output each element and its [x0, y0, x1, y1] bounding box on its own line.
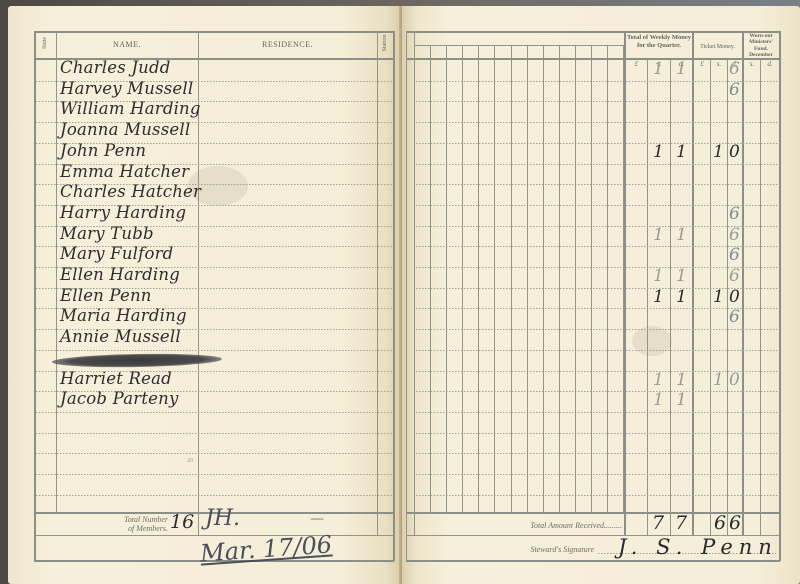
row-rule [416, 205, 778, 206]
residence-column-header: RESIDENCE. [198, 40, 377, 49]
member-name: John Penn [60, 141, 146, 160]
row-rule [416, 164, 778, 165]
ticket-pence: 0 [729, 287, 740, 307]
member-name: Maria Harding [60, 306, 187, 325]
member-name: Mary Tubb [60, 224, 154, 243]
ticket-pence: 6 [729, 266, 740, 286]
row-rule [416, 474, 778, 475]
weekly-pence: 1 [676, 390, 687, 410]
weekly-pence: 1 [676, 370, 687, 390]
row-rule [36, 495, 393, 496]
row-number-marker: 20 [187, 458, 193, 464]
ticket-pence: 6 [729, 225, 740, 245]
ticket-shillings: 1 [713, 287, 724, 307]
row-rule [36, 453, 393, 454]
grid-column-rule [607, 46, 608, 512]
steward-signature: J. S. Penn [618, 535, 778, 559]
weekly-shillings: 1 [653, 287, 664, 307]
member-name: Jacob Parteny [60, 389, 178, 408]
total-members-value: 16 [170, 511, 194, 533]
row-rule [36, 474, 393, 475]
ticket-shillings: 1 [713, 370, 724, 390]
unit-pence-fund: d. [761, 60, 779, 68]
grid-column-rule [575, 46, 576, 512]
row-rule [416, 267, 778, 268]
ticket-pence: 6 [729, 59, 740, 79]
weekly-shillings: 1 [653, 142, 664, 162]
ticket-pence: 6 [729, 307, 740, 327]
grid-column-rule [478, 46, 479, 512]
ticket-pence: 0 [729, 370, 740, 390]
ticket-shillings: 1 [713, 142, 724, 162]
ticket-pence: 6 [729, 80, 740, 100]
grid-column-rule [623, 46, 624, 512]
ticket-money-header: Ticket Money. [693, 44, 742, 52]
weekly-shillings: 1 [653, 390, 664, 410]
member-name: Charles Judd [60, 58, 171, 77]
weekly-pence: 1 [676, 59, 687, 79]
state-column-header: State [42, 28, 48, 58]
grid-column-rule [527, 46, 528, 512]
grid-column-rule [462, 46, 463, 512]
total-ticket-shillings: 6 [714, 512, 726, 534]
weekly-pence: 1 [676, 266, 687, 286]
row-rule [416, 391, 778, 392]
unit-pound-weekly: £ [626, 60, 647, 68]
station-column-header: Station [382, 28, 388, 58]
member-name: Ellen Penn [60, 286, 152, 305]
member-name: Annie Mussell [60, 327, 181, 346]
member-name: Joanna Mussell [60, 120, 190, 139]
row-rule [36, 350, 393, 351]
ticket-pence: 6 [729, 204, 740, 224]
grid-column-rule [511, 46, 512, 512]
row-rule [36, 433, 393, 434]
grid-column-rule [430, 46, 431, 512]
member-name: Charles Hatcher [60, 182, 201, 201]
member-name: Emma Hatcher [60, 162, 189, 181]
total-amount-label: Total Amount Received......... [470, 521, 622, 530]
weekly-shillings: 1 [653, 370, 664, 390]
row-rule [416, 412, 778, 413]
row-rule [416, 350, 778, 351]
name-column-header: NAME. [56, 40, 198, 49]
total-weekly-pence: 7 [675, 512, 687, 534]
row-rule [36, 412, 393, 413]
weekly-pence: 1 [676, 142, 687, 162]
grid-column-rule [494, 46, 495, 512]
member-name: Harriet Read [60, 369, 172, 388]
ticket-pence: 6 [729, 245, 740, 265]
footer-dash: — [310, 511, 324, 527]
steward-signature-label: Steward's Signature [490, 545, 594, 554]
ticket-pence: 0 [729, 142, 740, 162]
weekly-pence: 1 [676, 225, 687, 245]
row-rule [416, 122, 778, 123]
weekly-pence: 1 [676, 287, 687, 307]
row-rule [416, 329, 778, 330]
row-rule [416, 246, 778, 247]
grid-column-rule [591, 46, 592, 512]
row-rule [416, 81, 778, 82]
row-rule [416, 495, 778, 496]
weekly-shillings: 1 [653, 59, 664, 79]
grid-column-rule [559, 46, 560, 512]
total-members-label-line2: of Members. [128, 524, 168, 533]
row-rule [416, 433, 778, 434]
grid-column-rule [446, 46, 447, 512]
total-members-label-line1: Total Number [124, 515, 168, 524]
leader-initials: JH. [205, 506, 240, 531]
member-name: Harry Harding [60, 203, 186, 222]
row-rule [416, 453, 778, 454]
weekly-shillings: 1 [653, 225, 664, 245]
row-rule [416, 226, 778, 227]
member-name: William Harding [60, 99, 201, 118]
row-rule [416, 101, 778, 102]
row-rule [416, 184, 778, 185]
unit-pound-ticket: £ [694, 60, 710, 68]
total-weekly-shillings: 7 [652, 512, 664, 534]
grid-column-rule [543, 46, 544, 512]
unit-shilling-fund: s. [744, 60, 760, 68]
total-members-label: Total Number of Members. [90, 515, 168, 533]
member-name: Ellen Harding [60, 265, 180, 284]
weekly-shillings: 1 [653, 266, 664, 286]
weekly-money-header: Total of Weekly Money for the Quarter. [626, 34, 692, 49]
member-name: Harvey Mussell [60, 79, 193, 98]
total-ticket-pence: 6 [729, 512, 741, 534]
member-name: Mary Fulford [60, 244, 173, 263]
worn-out-fund-header: Worn-out Ministers' Fund. December [743, 33, 779, 58]
unit-shilling-ticket: s. [711, 60, 727, 68]
row-rule [416, 308, 778, 309]
